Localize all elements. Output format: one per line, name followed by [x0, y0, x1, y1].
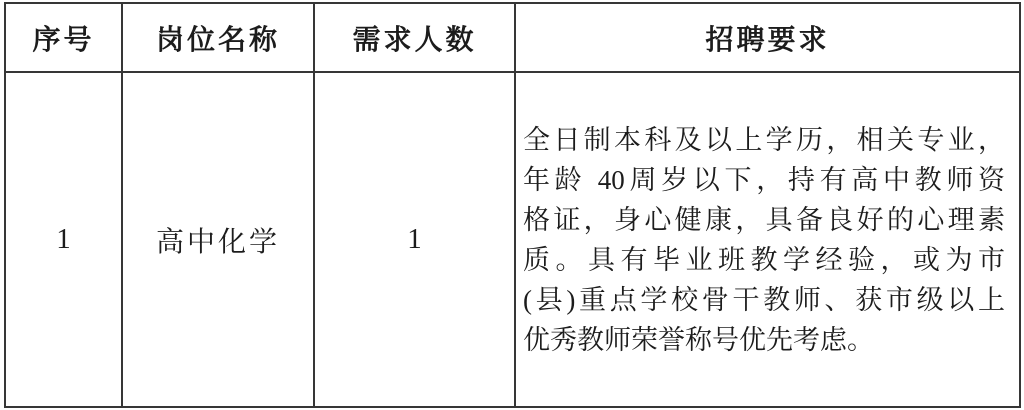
cell-headcount: 1: [314, 72, 515, 407]
requirements-line: (县)重点学校骨干教师、获市级以上: [523, 280, 1005, 320]
cell-recruitment-requirements: 全日制本科及以上学历，相关专业， 年龄 40周岁以下，持有高中教师资 格证，身心…: [515, 72, 1020, 407]
recruitment-table: 序号 岗位名称 需求人数 招聘要求 1 高中化学 1 全日制本科及以上学历，相关…: [4, 2, 1021, 408]
table-row: 1 高中化学 1 全日制本科及以上学历，相关专业， 年龄 40周岁以下，持有高中…: [5, 72, 1020, 407]
header-serial-number: 序号: [5, 3, 122, 72]
cell-position-name: 高中化学: [122, 72, 314, 407]
recruitment-table-container: 序号 岗位名称 需求人数 招聘要求 1 高中化学 1 全日制本科及以上学历，相关…: [4, 2, 1021, 408]
requirements-line: 质。具有毕业班教学经验，或为市: [523, 240, 1005, 280]
requirements-line: 全日制本科及以上学历，相关专业，: [523, 120, 1005, 160]
header-headcount: 需求人数: [314, 3, 515, 72]
header-recruitment-requirements: 招聘要求: [515, 3, 1020, 72]
requirements-line: 年龄 40周岁以下，持有高中教师资: [523, 160, 1005, 200]
table-header-row: 序号 岗位名称 需求人数 招聘要求: [5, 3, 1020, 72]
page: { "table": { "headers": ["序号", "岗位名称", "…: [0, 0, 1024, 410]
header-position-name: 岗位名称: [122, 3, 314, 72]
cell-serial-number: 1: [5, 72, 122, 407]
requirements-line: 优秀教师荣誉称号优先考虑。: [523, 320, 1005, 360]
requirements-line: 格证，身心健康，具备良好的心理素: [523, 200, 1005, 240]
